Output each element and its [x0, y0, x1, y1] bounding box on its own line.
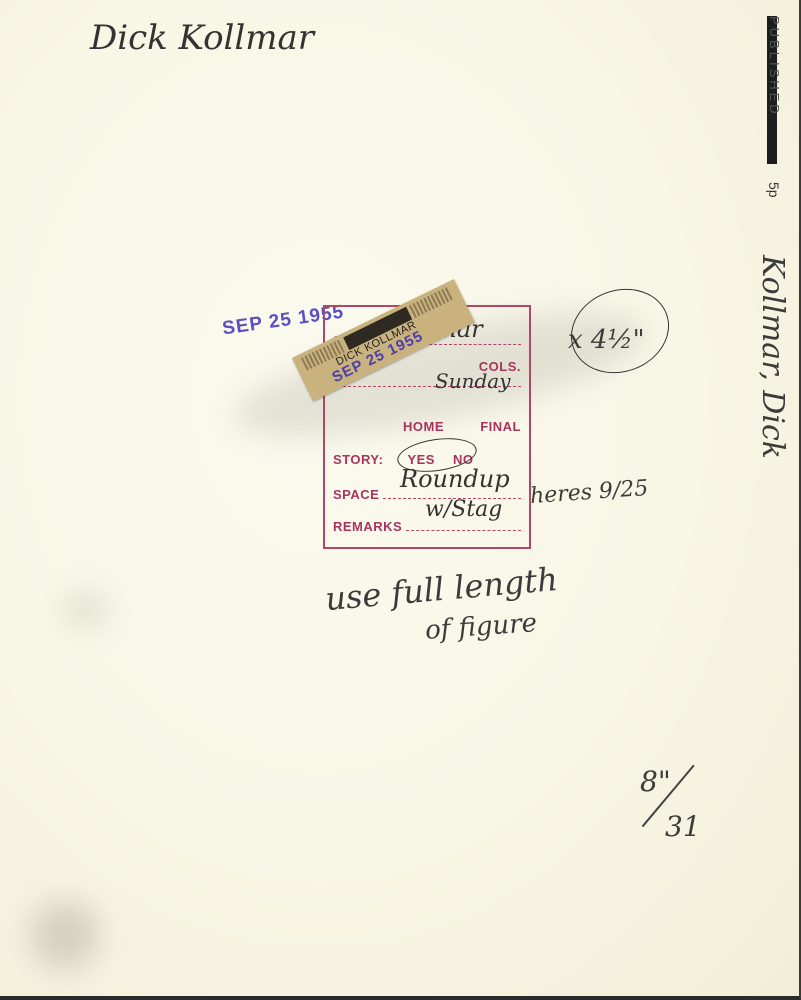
space-value: Roundup — [400, 465, 510, 493]
stain — [30, 900, 100, 970]
remarks-line — [406, 529, 521, 531]
remarks-value: w/Stag — [425, 497, 502, 522]
stain — [60, 590, 110, 630]
final-label: FINAL — [480, 419, 521, 434]
instruction-line-2: of figure — [424, 608, 538, 646]
home-label: HOME — [403, 419, 444, 434]
fraction-bottom: 31 — [665, 810, 701, 843]
vertical-handwritten-name: Kollmar, Dick — [755, 255, 790, 459]
fraction-top: 8" — [640, 765, 671, 798]
photo-card-back: Dick Kollmar PUBLISHED 5p Kollmar, Dick … — [0, 0, 801, 1000]
page-code: 5p — [766, 182, 782, 198]
edition-value: Sunday — [435, 369, 511, 393]
space-label: SPACE — [333, 487, 379, 502]
struck-text: PUBLISHED — [767, 16, 782, 117]
remarks-label: REMARKS — [333, 519, 402, 534]
story-label: STORY: — [333, 452, 383, 467]
remarks-extension: heres 9/25 — [529, 476, 649, 509]
label-texture — [409, 286, 455, 318]
handwritten-name: Dick Kollmar — [90, 18, 314, 58]
size-note: x 4½" — [568, 325, 645, 355]
